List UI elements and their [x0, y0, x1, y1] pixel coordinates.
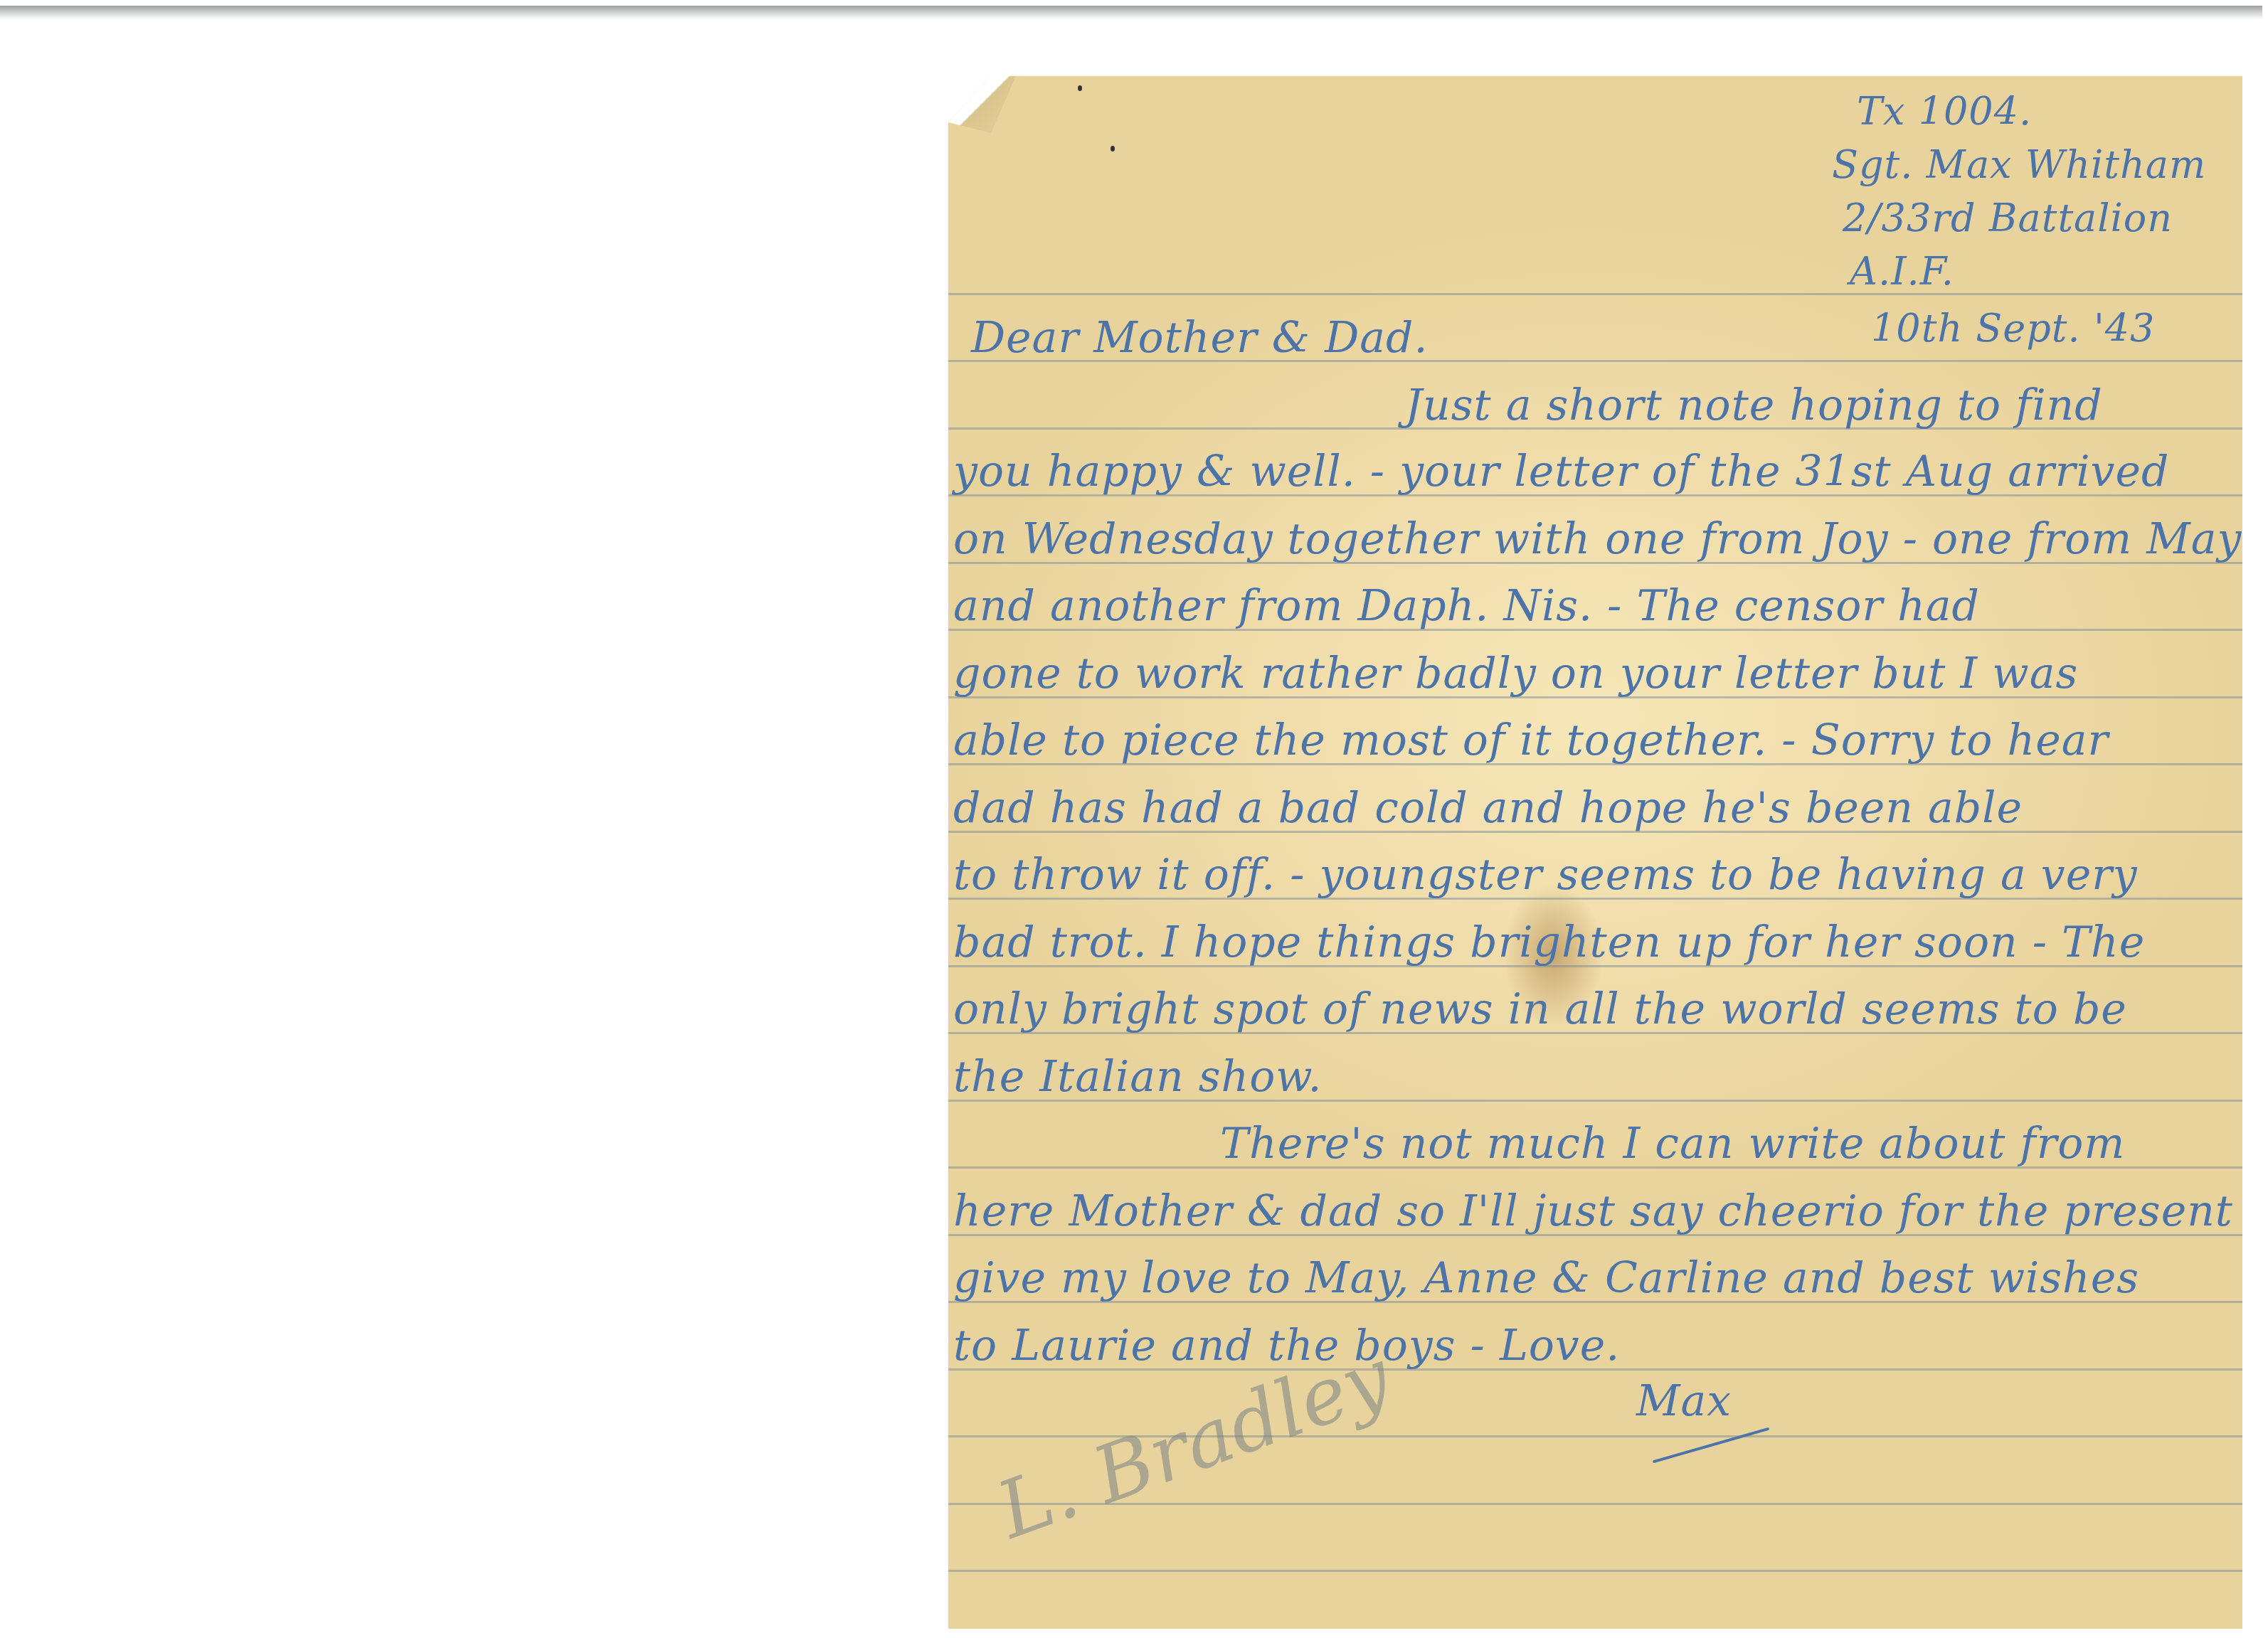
body-line: able to piece the most of it together. -…: [953, 716, 2109, 765]
salutation: Dear Mother & Dad.: [971, 313, 1429, 363]
force: A.I.F.: [1850, 249, 1954, 294]
body-line: dad has had a bad cold and hope he's bee…: [953, 783, 2023, 833]
body-line: to throw it off. - youngster seems to be…: [953, 850, 2138, 900]
body-line: bad trot. I hope things brighten up for …: [953, 918, 2145, 967]
body-line: Just a short note hoping to find: [1405, 381, 2103, 430]
body-line: you happy & well. - your letter of the 3…: [953, 447, 2169, 496]
sender-name: Sgt. Max Whitham: [1832, 142, 2206, 187]
body-line: the Italian show.: [953, 1052, 1323, 1102]
service-number: Tx 1004.: [1857, 89, 2032, 134]
body-line: and another from Daph. Nis. - The censor…: [953, 581, 1980, 631]
paper-speck: [1111, 146, 1115, 151]
ruled-line: [948, 1570, 2242, 1572]
paper-speck: [1078, 85, 1082, 91]
scanner-shadow: [0, 6, 2262, 20]
body-line: gone to work rather badly on your letter…: [953, 649, 2078, 698]
ruled-line: [948, 293, 2242, 295]
body-line: on Wednesday together with one from Joy …: [953, 514, 2242, 564]
body-line: only bright spot of news in all the worl…: [953, 984, 2127, 1034]
unit: 2/33rd Battalion: [1843, 196, 2173, 240]
body-line: give my love to May, Anne & Carline and …: [953, 1253, 2139, 1303]
body-line: here Mother & dad so I'll just say cheer…: [953, 1186, 2233, 1236]
body-line: There's not much I can write about from: [1220, 1119, 2125, 1169]
letter-date: 10th Sept. '43: [1871, 306, 2155, 351]
signature: Max: [1636, 1376, 1732, 1426]
